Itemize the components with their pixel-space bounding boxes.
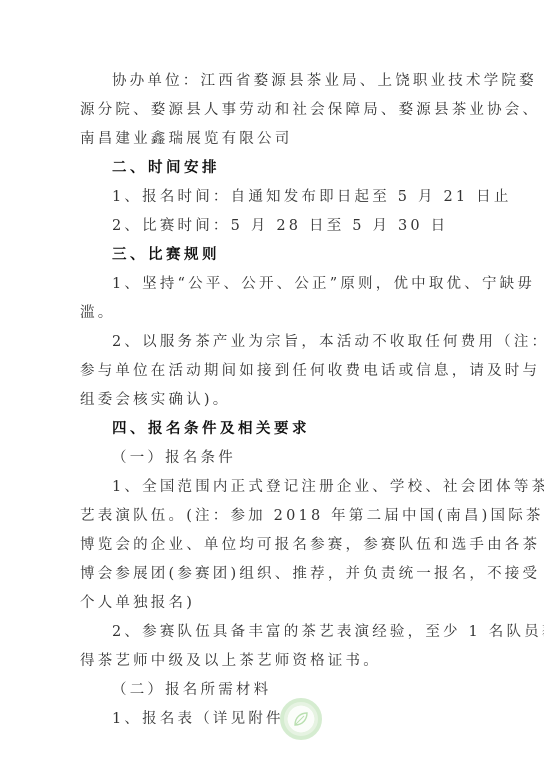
section-heading: 三、比赛规则 xyxy=(112,246,502,264)
subsection-heading: （一）报名条件 xyxy=(112,449,502,467)
text-line: 得茶艺师中级及以上茶艺师资格证书。 xyxy=(80,652,470,670)
text-line: 2、比赛时间：5 月 28 日至 5 月 30 日 xyxy=(112,217,502,235)
text-line: 滥。 xyxy=(80,304,470,322)
text-line: 1、报名时间：自通知发布即日起至 5 月 21 日止 xyxy=(112,188,502,206)
text-line: 艺表演队伍。(注：参加 2018 年第二届中国(南昌)国际茶业 xyxy=(80,507,470,525)
text-line: 协办单位：江西省婺源县茶业局、上饶职业技术学院婺 xyxy=(112,72,502,90)
text-line: 组委会核实确认)。 xyxy=(80,391,470,409)
text-line: 1、坚持“公平、公开、公正”原则，优中取优、宁缺毋 xyxy=(112,275,502,293)
subsection-heading: （二）报名所需材料 xyxy=(112,681,502,699)
text-line: 个人单独报名) xyxy=(80,594,470,612)
text-line: 博览会的企业、单位均可报名参赛，参赛队伍和选手由各茶 xyxy=(80,536,470,554)
tea-leaf-seal-icon xyxy=(280,698,322,740)
section-heading: 四、报名条件及相关要求 xyxy=(112,420,502,438)
text-line: 1、全国范围内正式登记注册企业、学校、社会团体等茶 xyxy=(112,478,502,496)
document-page: 协办单位：江西省婺源县茶业局、上饶职业技术学院婺 源分院、婺源县人事劳动和社会保… xyxy=(0,0,544,763)
text-line: 2、参赛队伍具备丰富的茶艺表演经验，至少 1 名队员获 xyxy=(112,623,502,641)
text-line: 源分院、婺源县人事劳动和社会保障局、婺源县茶业协会、 xyxy=(80,101,470,119)
text-line: 2、以服务茶产业为宗旨，本活动不收取任何费用（注： xyxy=(112,333,502,351)
text-line: 参与单位在活动期间如接到任何收费电话或信息，请及时与 xyxy=(80,362,470,380)
section-heading: 二、时间安排 xyxy=(112,159,502,177)
text-line: 博会参展团(参赛团)组织、推荐，并负责统一报名，不接受 xyxy=(80,565,470,583)
text-line: 南昌建业鑫瑞展览有限公司 xyxy=(80,130,470,148)
